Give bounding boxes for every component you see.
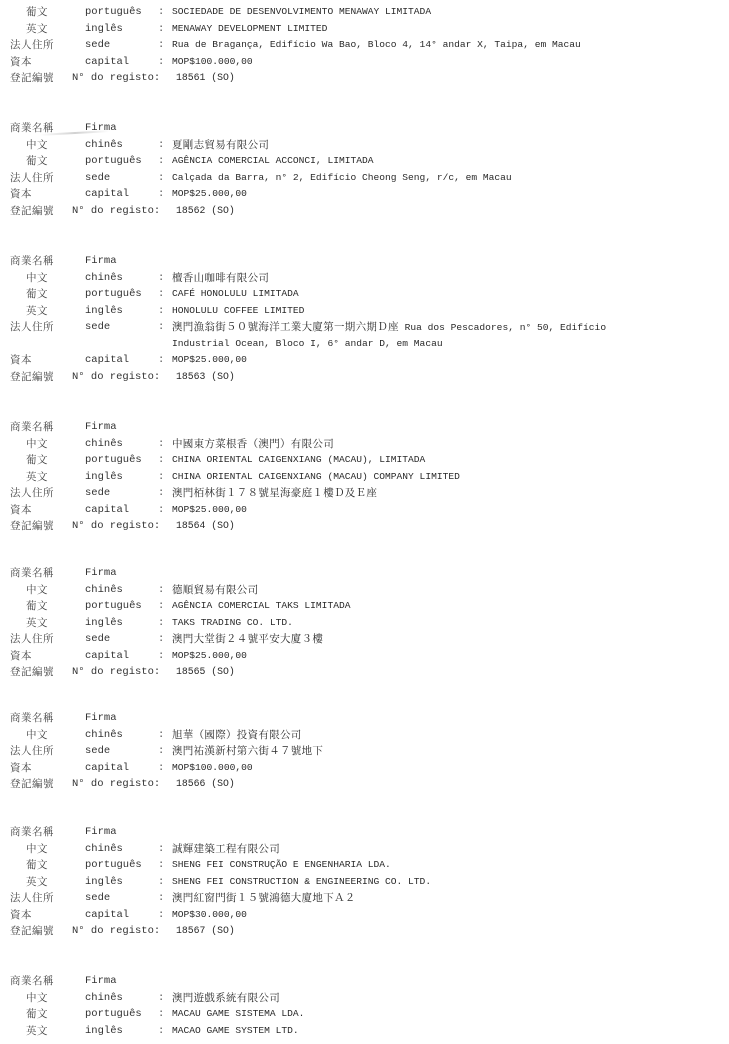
firm-header-row: 商業名稱 Firma — [0, 253, 729, 270]
seat-continuation-row: Industrial Ocean, Bloco I, 6° andar D, e… — [0, 336, 729, 353]
seat-row: 法人住所 sede : 澳門栢林街１７８號星海豪庭１樓Ｄ及Ｅ座 — [0, 485, 729, 502]
capital-row: 資本 capital : MOP$25.000,00 — [0, 352, 729, 369]
portuguese-name-row: 葡文 português : CAFÉ HONOLULU LIMITADA — [0, 286, 729, 303]
seat-row: 法人住所 sede : 澳門祐漢新村第六街４７號地下 — [0, 743, 729, 760]
registration-number: 18561 (SO) — [176, 70, 235, 87]
capital-value: MOP$100.000,00 — [172, 760, 253, 777]
seat-row: 法人住所 sede : Calçada da Barra, n° 2, Edif… — [0, 170, 729, 187]
colon: : — [158, 841, 164, 858]
seat-value: 澳門祐漢新村第六街４７號地下 — [172, 743, 323, 760]
portuguese-name-row: 葡文 português : MACAU GAME SISTEMA LDA. — [0, 1006, 729, 1023]
label-zh: 商業名稱 — [10, 253, 54, 270]
chinese-name-value: 旭華（國際）投資有限公司 — [172, 727, 302, 744]
company-entry-macau-game: 商業名稱 Firma 中文 chinês : 澳門遊戲系統有限公司 葡文 por… — [0, 973, 729, 1039]
colon: : — [158, 990, 164, 1007]
registration-row: 登記編號 N° do registo: 18566 (SO) — [0, 776, 729, 793]
firm-header-row: 商業名稱 Firma — [0, 973, 729, 990]
label-pt: inglês — [85, 615, 123, 632]
label-zh: 中文 — [26, 270, 48, 287]
label-zh: 葡文 — [26, 4, 48, 21]
colon: : — [158, 54, 164, 71]
label-zh: 資本 — [10, 760, 32, 777]
seat-value: 澳門栢林街１７８號星海豪庭１樓Ｄ及Ｅ座 — [172, 485, 377, 502]
registration-row: 登記編號 N° do registo: 18561 (SO) — [0, 70, 729, 87]
label-zh: 資本 — [10, 186, 32, 203]
label-zh: 中文 — [26, 990, 48, 1007]
label-zh: 資本 — [10, 648, 32, 665]
label-zh: 中文 — [26, 436, 48, 453]
english-name-value: MACAO GAME SYSTEM LTD. — [172, 1023, 299, 1040]
label-zh: 英文 — [26, 21, 48, 38]
portuguese-name-row: 葡文 português : AGÊNCIA COMERCIAL TAKS LI… — [0, 598, 729, 615]
portuguese-name-value: CHINA ORIENTAL CAIGENXIANG (MACAU), LIMI… — [172, 452, 425, 469]
seat-value: Rua de Bragança, Edifício Wa Bao, Bloco … — [172, 37, 581, 54]
label-zh: 中文 — [26, 582, 48, 599]
label-pt: português — [85, 857, 142, 874]
colon: : — [158, 1023, 164, 1040]
company-entry-18563: 商業名稱 Firma 中文 chinês : 檀香山咖啡有限公司 葡文 port… — [0, 253, 729, 385]
label-pt: sede — [85, 631, 110, 648]
registration-number: 18565 (SO) — [176, 664, 235, 681]
label-pt: capital — [85, 502, 129, 519]
english-name-value: SHENG FEI CONSTRUCTION & ENGINEERING CO.… — [172, 874, 431, 891]
label-pt: inglês — [85, 1023, 123, 1040]
portuguese-name-value: AGÊNCIA COMERCIAL TAKS LIMITADA — [172, 598, 350, 615]
label-zh: 法人住所 — [10, 170, 54, 187]
portuguese-name-row: 葡文 português : SHENG FEI CONSTRUÇÃO E EN… — [0, 857, 729, 874]
capital-row: 資本 capital : MOP$25.000,00 — [0, 186, 729, 203]
company-entry-18565: 商業名稱 Firma 中文 chinês : 德順貿易有限公司 葡文 portu… — [0, 565, 729, 681]
label-zh: 英文 — [26, 874, 48, 891]
colon: : — [158, 485, 164, 502]
colon: : — [158, 857, 164, 874]
label-pt: Firma — [85, 120, 117, 137]
label-pt: capital — [85, 54, 129, 71]
label-zh: 葡文 — [26, 1006, 48, 1023]
portuguese-name-value: AGÊNCIA COMERCIAL ACCONCI, LIMITADA — [172, 153, 374, 170]
label-zh: 葡文 — [26, 452, 48, 469]
chinese-name-row: 中文 chinês : 夏剛志貿易有限公司 — [0, 137, 729, 154]
registration-number: 18567 (SO) — [176, 923, 235, 940]
colon: : — [158, 436, 164, 453]
colon: : — [158, 1006, 164, 1023]
label-zh: 葡文 — [26, 857, 48, 874]
capital-value: MOP$100.000,00 — [172, 54, 253, 71]
label-zh: 登記編號 — [10, 369, 54, 386]
label-zh: 商業名稱 — [10, 565, 54, 582]
colon: : — [158, 153, 164, 170]
colon: : — [158, 907, 164, 924]
capital-value: MOP$25.000,00 — [172, 502, 247, 519]
registration-row: 登記編號 N° do registo: 18563 (SO) — [0, 369, 729, 386]
label-pt: inglês — [85, 469, 123, 486]
label-pt: capital — [85, 186, 129, 203]
colon: : — [158, 21, 164, 38]
chinese-name-row: 中文 chinês : 誠輝建築工程有限公司 — [0, 841, 729, 858]
seat-row: 法人住所 sede : Rua de Bragança, Edifício Wa… — [0, 37, 729, 54]
chinese-name-value: 夏剛志貿易有限公司 — [172, 137, 269, 154]
colon: : — [158, 631, 164, 648]
company-entry-18564: 商業名稱 Firma 中文 chinês : 中國東方菜根香（澳門）有限公司 葡… — [0, 419, 729, 535]
registration-row: 登記編號 N° do registo: 18565 (SO) — [0, 664, 729, 681]
label-zh: 登記編號 — [10, 776, 54, 793]
label-zh: 資本 — [10, 54, 32, 71]
label-zh: 法人住所 — [10, 890, 54, 907]
label-zh: 英文 — [26, 303, 48, 320]
seat-row: 法人住所 sede : 澳門大堂街２４號平安大廈３樓 — [0, 631, 729, 648]
label-pt: inglês — [85, 21, 123, 38]
label-pt: N° do registo: — [72, 518, 160, 535]
label-zh: 法人住所 — [10, 631, 54, 648]
seat-value-chinese: 澳門漁翁街５０號海洋工業大廈第一期六期Ｄ座 — [172, 321, 399, 333]
label-zh: 中文 — [26, 841, 48, 858]
label-pt: sede — [85, 890, 110, 907]
label-pt: Firma — [85, 973, 117, 990]
label-pt: português — [85, 598, 142, 615]
label-pt: inglês — [85, 874, 123, 891]
label-pt: capital — [85, 907, 129, 924]
chinese-name-row: 中文 chinês : 中國東方菜根香（澳門）有限公司 — [0, 436, 729, 453]
company-entry-18562: 商業名稱 Firma 中文 chinês : 夏剛志貿易有限公司 葡文 port… — [0, 120, 729, 219]
colon: : — [158, 352, 164, 369]
label-zh: 登記編號 — [10, 518, 54, 535]
seat-value: 澳門大堂街２４號平安大廈３樓 — [172, 631, 323, 648]
seat-value: 澳門紅窗門街１５號鴻德大廈地下Ａ２ — [172, 890, 356, 907]
portuguese-name-value: CAFÉ HONOLULU LIMITADA — [172, 286, 299, 303]
label-zh: 英文 — [26, 469, 48, 486]
company-entry-18566: 商業名稱 Firma 中文 chinês : 旭華（國際）投資有限公司 法人住所… — [0, 710, 729, 793]
firm-header-row: 商業名稱 Firma — [0, 824, 729, 841]
company-entry-18561: 葡文 português : SOCIEDADE DE DESENVOLVIME… — [0, 4, 729, 87]
label-zh: 商業名稱 — [10, 973, 54, 990]
seat-value-continued: Industrial Ocean, Bloco I, 6° andar D, e… — [172, 336, 443, 353]
label-pt: N° do registo: — [72, 369, 160, 386]
label-pt: chinês — [85, 137, 123, 154]
label-zh: 資本 — [10, 502, 32, 519]
colon: : — [158, 727, 164, 744]
label-pt: N° do registo: — [72, 70, 160, 87]
chinese-name-value: 中國東方菜根香（澳門）有限公司 — [172, 436, 334, 453]
colon: : — [158, 598, 164, 615]
firm-header-row: 商業名稱 Firma — [0, 419, 729, 436]
colon: : — [158, 452, 164, 469]
label-pt: N° do registo: — [72, 664, 160, 681]
colon: : — [158, 137, 164, 154]
label-pt: capital — [85, 352, 129, 369]
capital-value: MOP$30.000,00 — [172, 907, 247, 924]
label-pt: sede — [85, 485, 110, 502]
registration-row: 登記編號 N° do registo: 18564 (SO) — [0, 518, 729, 535]
label-zh: 英文 — [26, 615, 48, 632]
label-zh: 商業名稱 — [10, 710, 54, 727]
label-zh: 英文 — [26, 1023, 48, 1040]
colon: : — [158, 648, 164, 665]
capital-value: MOP$25.000,00 — [172, 352, 247, 369]
label-pt: português — [85, 4, 142, 21]
label-zh: 登記編號 — [10, 923, 54, 940]
label-zh: 中文 — [26, 727, 48, 744]
label-pt: Firma — [85, 824, 117, 841]
seat-value: 澳門漁翁街５０號海洋工業大廈第一期六期Ｄ座 Rua dos Pescadores… — [172, 319, 606, 337]
label-pt: N° do registo: — [72, 776, 160, 793]
label-pt: chinês — [85, 841, 123, 858]
english-name-value: MENAWAY DEVELOPMENT LIMITED — [172, 21, 327, 38]
colon: : — [158, 890, 164, 907]
english-name-row: 英文 inglês : MACAO GAME SYSTEM LTD. — [0, 1023, 729, 1040]
english-name-row: 英文 inglês : TAKS TRADING CO. LTD. — [0, 615, 729, 632]
seat-row: 法人住所 sede : 澳門漁翁街５０號海洋工業大廈第一期六期Ｄ座 Rua do… — [0, 319, 729, 336]
capital-row: 資本 capital : MOP$25.000,00 — [0, 648, 729, 665]
label-pt: Firma — [85, 565, 117, 582]
portuguese-name-value: MACAU GAME SISTEMA LDA. — [172, 1006, 304, 1023]
english-name-value: TAKS TRADING CO. LTD. — [172, 615, 293, 632]
chinese-name-value: 德順貿易有限公司 — [172, 582, 258, 599]
colon: : — [158, 170, 164, 187]
english-name-row: 英文 inglês : SHENG FEI CONSTRUCTION & ENG… — [0, 874, 729, 891]
registration-number: 18563 (SO) — [176, 369, 235, 386]
seat-value: Calçada da Barra, n° 2, Edifício Cheong … — [172, 170, 512, 187]
label-zh: 登記編號 — [10, 203, 54, 220]
firm-header-row: 商業名稱 Firma — [0, 120, 729, 137]
label-pt: português — [85, 286, 142, 303]
capital-value: MOP$25.000,00 — [172, 186, 247, 203]
label-pt: Firma — [85, 253, 117, 270]
label-pt: chinês — [85, 270, 123, 287]
label-pt: sede — [85, 37, 110, 54]
registration-number: 18562 (SO) — [176, 203, 235, 220]
colon: : — [158, 286, 164, 303]
colon: : — [158, 582, 164, 599]
english-name-row: 英文 inglês : MENAWAY DEVELOPMENT LIMITED — [0, 21, 729, 38]
chinese-name-value: 澳門遊戲系統有限公司 — [172, 990, 280, 1007]
chinese-name-row: 中文 chinês : 澳門遊戲系統有限公司 — [0, 990, 729, 1007]
label-zh: 登記編號 — [10, 70, 54, 87]
portuguese-name-row: 葡文 português : CHINA ORIENTAL CAIGENXIAN… — [0, 452, 729, 469]
label-zh: 葡文 — [26, 153, 48, 170]
portuguese-name-row: 葡文 português : SOCIEDADE DE DESENVOLVIME… — [0, 4, 729, 21]
capital-row: 資本 capital : MOP$100.000,00 — [0, 54, 729, 71]
label-zh: 資本 — [10, 907, 32, 924]
label-pt: sede — [85, 319, 110, 336]
label-pt: chinês — [85, 582, 123, 599]
registration-number: 18566 (SO) — [176, 776, 235, 793]
registration-row: 登記編號 N° do registo: 18567 (SO) — [0, 923, 729, 940]
label-zh: 商業名稱 — [10, 419, 54, 436]
colon: : — [158, 874, 164, 891]
registration-row: 登記編號 N° do registo: 18562 (SO) — [0, 203, 729, 220]
label-zh: 法人住所 — [10, 743, 54, 760]
label-pt: chinês — [85, 727, 123, 744]
label-pt: Firma — [85, 419, 117, 436]
label-zh: 資本 — [10, 352, 32, 369]
chinese-name-value: 檀香山咖啡有限公司 — [172, 270, 269, 287]
label-pt: chinês — [85, 990, 123, 1007]
label-pt: sede — [85, 170, 110, 187]
capital-row: 資本 capital : MOP$25.000,00 — [0, 502, 729, 519]
english-name-value: HONOLULU COFFEE LIMITED — [172, 303, 304, 320]
label-zh: 商業名稱 — [10, 824, 54, 841]
label-zh: 葡文 — [26, 286, 48, 303]
label-pt: capital — [85, 648, 129, 665]
english-name-value: CHINA ORIENTAL CAIGENXIANG (MACAU) COMPA… — [172, 469, 460, 486]
label-zh: 法人住所 — [10, 485, 54, 502]
colon: : — [158, 760, 164, 777]
colon: : — [158, 4, 164, 21]
colon: : — [158, 743, 164, 760]
label-pt: português — [85, 452, 142, 469]
company-entry-18567: 商業名稱 Firma 中文 chinês : 誠輝建築工程有限公司 葡文 por… — [0, 824, 729, 940]
label-zh: 法人住所 — [10, 37, 54, 54]
capital-row: 資本 capital : MOP$30.000,00 — [0, 907, 729, 924]
colon: : — [158, 303, 164, 320]
portuguese-name-value: SOCIEDADE DE DESENVOLVIMENTO MENAWAY LIM… — [172, 4, 431, 21]
label-zh: 葡文 — [26, 598, 48, 615]
portuguese-name-row: 葡文 português : AGÊNCIA COMERCIAL ACCONCI… — [0, 153, 729, 170]
seat-value-portuguese: Rua dos Pescadores, n° 50, Edifício — [399, 322, 606, 333]
seat-row: 法人住所 sede : 澳門紅窗門街１５號鴻德大廈地下Ａ２ — [0, 890, 729, 907]
label-pt: Firma — [85, 710, 117, 727]
label-zh: 中文 — [26, 137, 48, 154]
english-name-row: 英文 inglês : CHINA ORIENTAL CAIGENXIANG (… — [0, 469, 729, 486]
colon: : — [158, 186, 164, 203]
firm-header-row: 商業名稱 Firma — [0, 710, 729, 727]
label-zh: 登記編號 — [10, 664, 54, 681]
colon: : — [158, 615, 164, 632]
colon: : — [158, 469, 164, 486]
chinese-name-row: 中文 chinês : 旭華（國際）投資有限公司 — [0, 727, 729, 744]
bulletin-page: 葡文 português : SOCIEDADE DE DESENVOLVIME… — [0, 0, 729, 1044]
label-pt: português — [85, 153, 142, 170]
label-pt: português — [85, 1006, 142, 1023]
portuguese-name-value: SHENG FEI CONSTRUÇÃO E ENGENHARIA LDA. — [172, 857, 391, 874]
firm-header-row: 商業名稱 Firma — [0, 565, 729, 582]
chinese-name-row: 中文 chinês : 檀香山咖啡有限公司 — [0, 270, 729, 287]
label-zh: 法人住所 — [10, 319, 54, 336]
label-pt: capital — [85, 760, 129, 777]
label-pt: N° do registo: — [72, 203, 160, 220]
capital-row: 資本 capital : MOP$100.000,00 — [0, 760, 729, 777]
chinese-name-value: 誠輝建築工程有限公司 — [172, 841, 280, 858]
colon: : — [158, 270, 164, 287]
colon: : — [158, 319, 164, 336]
label-pt: inglês — [85, 303, 123, 320]
english-name-row: 英文 inglês : HONOLULU COFFEE LIMITED — [0, 303, 729, 320]
capital-value: MOP$25.000,00 — [172, 648, 247, 665]
chinese-name-row: 中文 chinês : 德順貿易有限公司 — [0, 582, 729, 599]
colon: : — [158, 502, 164, 519]
label-pt: sede — [85, 743, 110, 760]
label-pt: chinês — [85, 436, 123, 453]
colon: : — [158, 37, 164, 54]
label-pt: N° do registo: — [72, 923, 160, 940]
registration-number: 18564 (SO) — [176, 518, 235, 535]
